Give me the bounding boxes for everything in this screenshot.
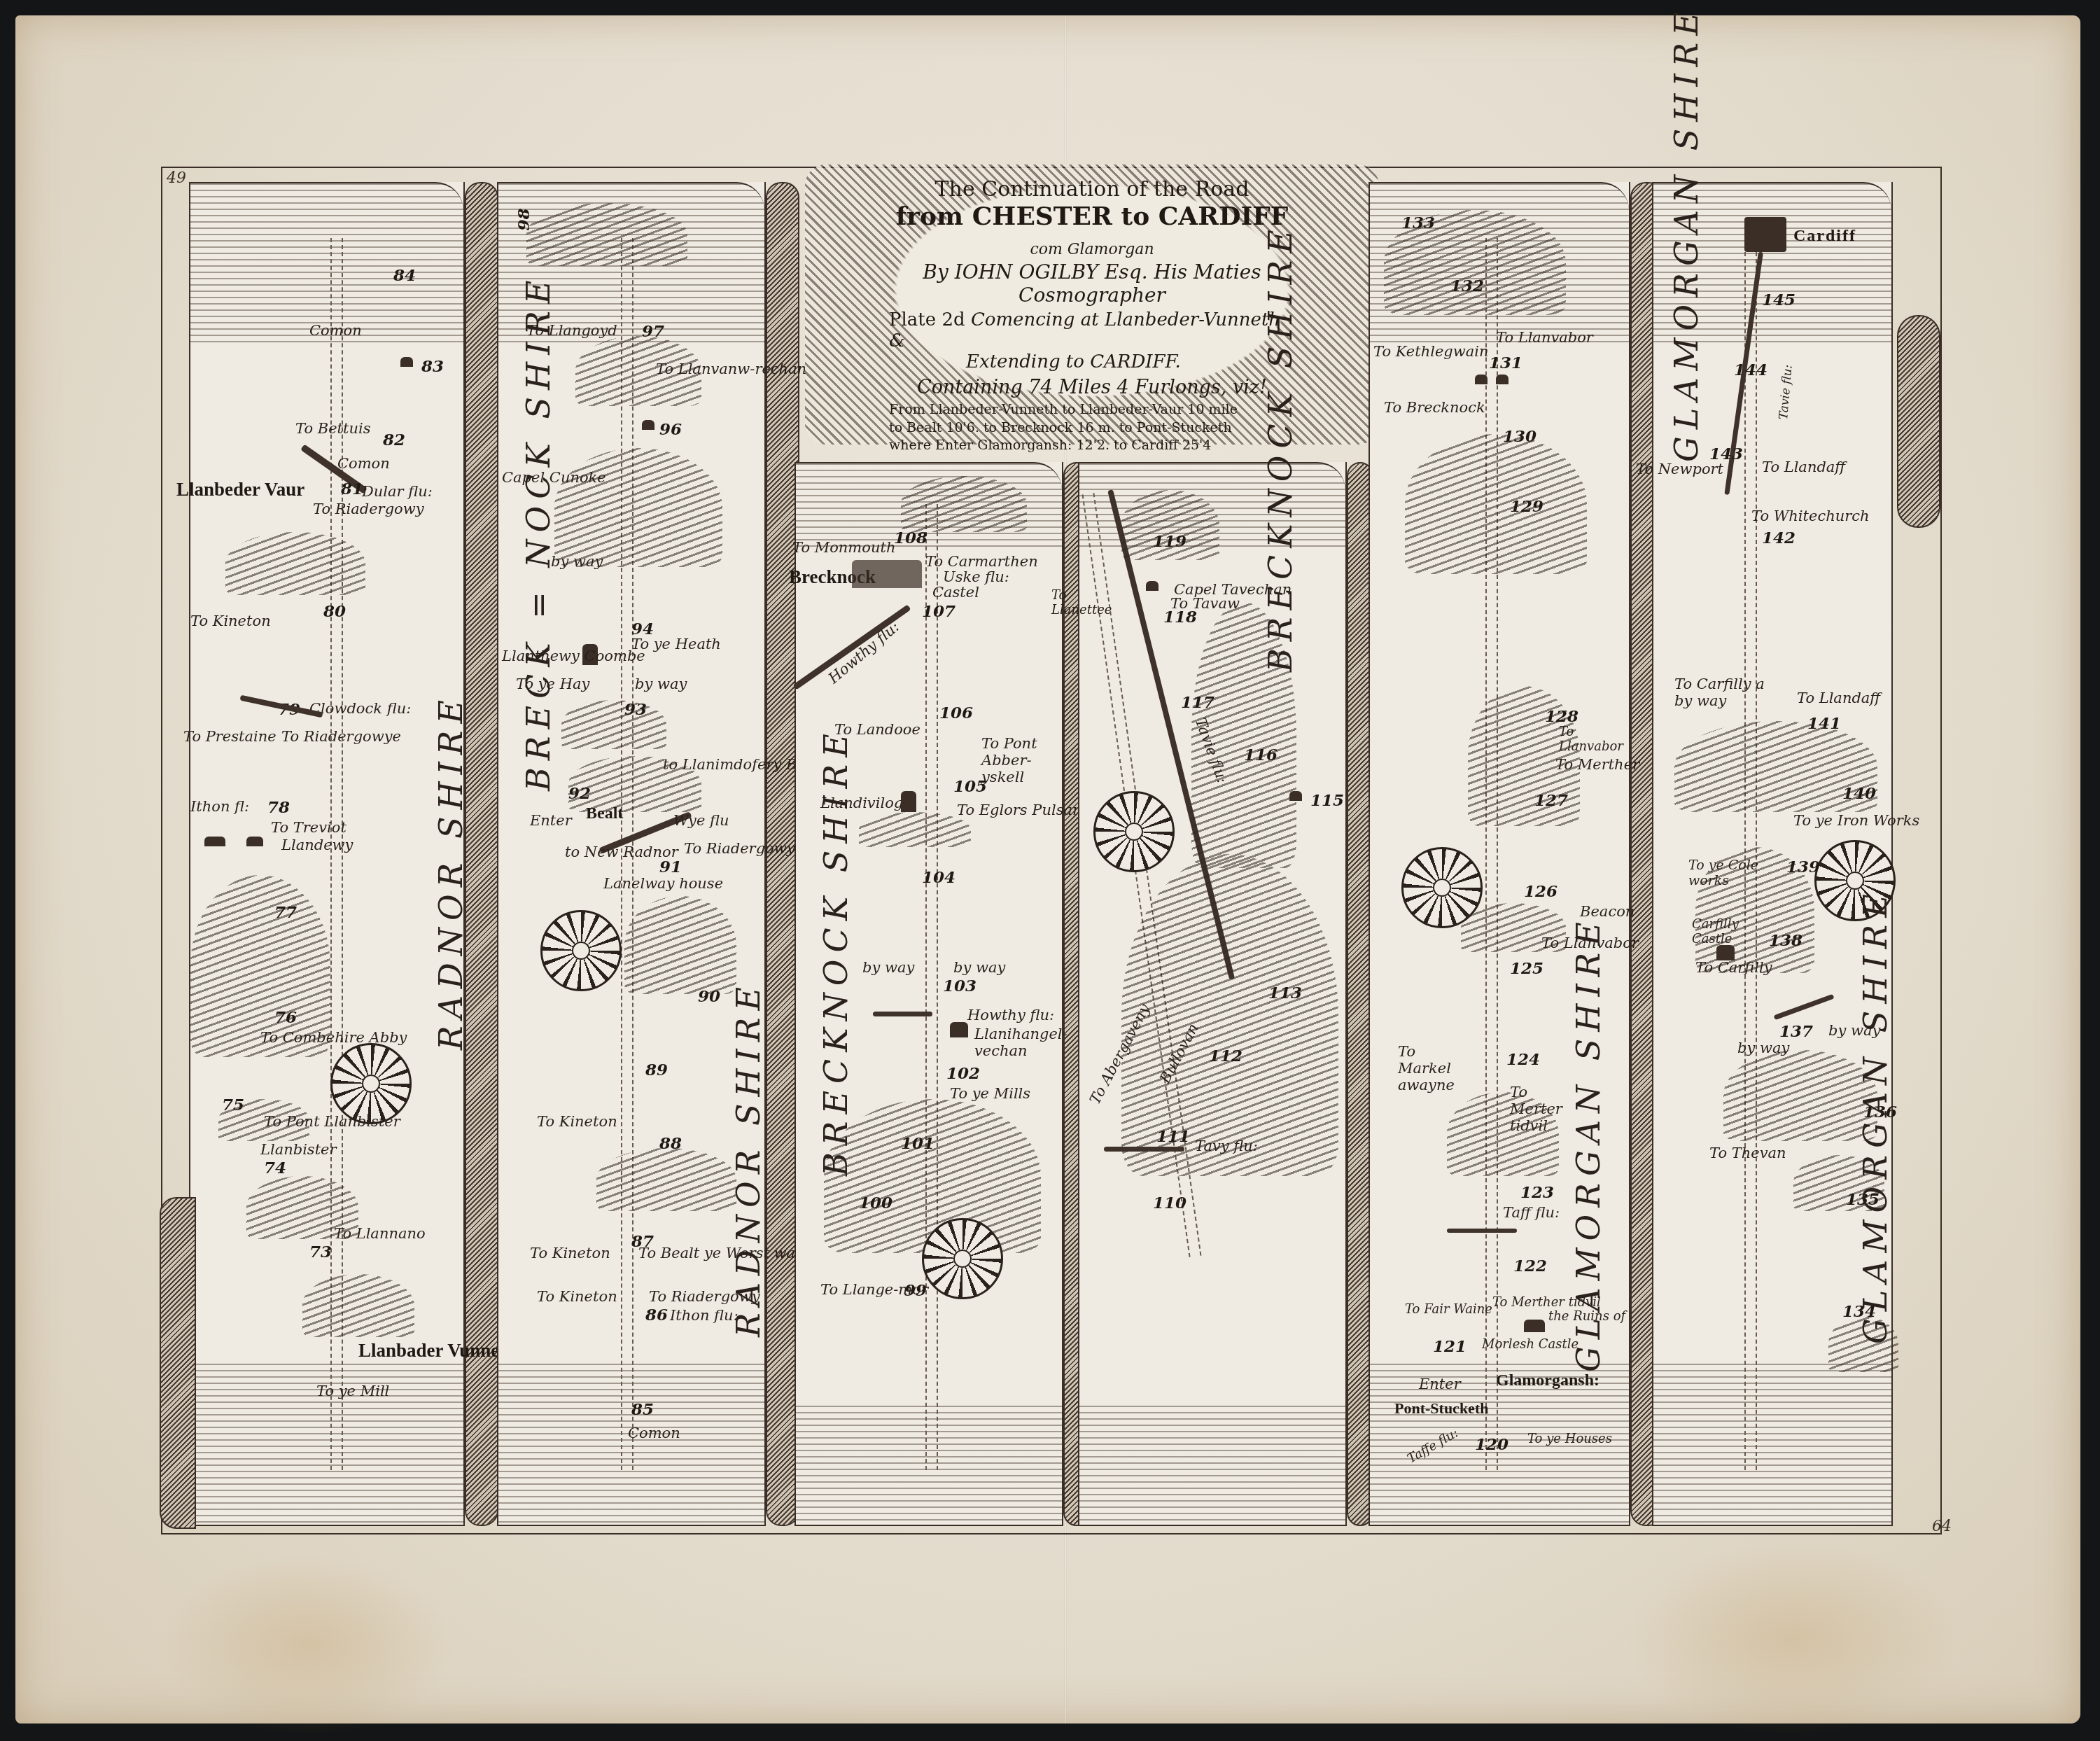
map-label: To Fair Waine	[1405, 1302, 1492, 1317]
containing-line: Containing 74 Miles 4 Furlongs, viz!	[889, 377, 1295, 398]
map-label: To Thevan	[1709, 1145, 1786, 1161]
mile-marker: 103	[943, 977, 976, 995]
mile-marker: 118	[1163, 608, 1197, 627]
town-label: Bealt	[586, 805, 623, 823]
county-label: RADNOR SHIRE	[729, 980, 767, 1337]
mile-marker: 105	[953, 777, 987, 796]
map-label: To Riadergowy	[649, 1288, 760, 1305]
mile-marker: 129	[1510, 497, 1543, 516]
mile-marker: 81	[341, 480, 363, 498]
hills-icon	[596, 1148, 736, 1211]
town-label: Pont-Stucketh	[1394, 1400, 1488, 1416]
plate-info: Plate 2d Comencing at Llanbeder-Vunneth …	[889, 309, 1295, 372]
map-label: To Monmouth	[792, 539, 895, 556]
mile-marker: 83	[421, 357, 444, 376]
mile-marker: 142	[1762, 529, 1795, 547]
author-line: By IOHN OGILBY Esq. His Maties Cosmograp…	[889, 260, 1295, 307]
map-label: To Llanettee	[1051, 588, 1100, 617]
river-icon	[1774, 994, 1835, 1020]
map-label: To Riadergowy	[684, 840, 795, 857]
mile-marker: 74	[264, 1159, 286, 1177]
map-label: by way	[551, 553, 603, 570]
mile-marker: 96	[659, 420, 682, 439]
road-line	[1485, 238, 1498, 1470]
compass-rose-icon	[540, 910, 622, 991]
map-label: To Whitechurch	[1751, 508, 1870, 524]
map-label: To Bettuis	[295, 420, 370, 437]
river-icon	[1447, 1229, 1517, 1233]
title-from: from CHESTER	[896, 202, 1112, 231]
compass-rose-icon	[1093, 791, 1175, 872]
map-label: Castel	[932, 584, 979, 601]
map-label: To Kineton	[190, 613, 271, 629]
hills-icon	[526, 203, 687, 266]
mile-marker: 124	[1506, 1050, 1540, 1069]
town-buildings-icon	[1744, 217, 1786, 252]
map-label: To Markel awayne	[1398, 1043, 1468, 1093]
hills-icon	[302, 1274, 414, 1337]
mile-marker: 73	[309, 1243, 332, 1261]
map-label: To Merther	[1555, 756, 1639, 773]
house-icon	[1146, 581, 1158, 591]
hills-icon	[859, 812, 971, 847]
map-label: Llanthewy Coombe	[502, 648, 645, 664]
river-icon	[1104, 1147, 1184, 1152]
map-label: To Merther tidvil	[1492, 1295, 1601, 1310]
stages-text: From Llanbeder-Vunneth to Llanbeder-Vaur…	[889, 401, 1295, 455]
mile-marker: 77	[274, 903, 297, 922]
map-label: To Combehire Abby	[260, 1029, 407, 1046]
title-line-2: from CHESTER to CARDIFF com Glamorgan	[889, 202, 1295, 260]
map-label: To ye Houses	[1527, 1432, 1612, 1446]
mile-marker: 144	[1734, 361, 1767, 379]
map-label: Uske flu:	[943, 568, 1009, 585]
mile-marker: 84	[393, 266, 416, 285]
map-label: To ye Mill	[316, 1383, 389, 1399]
hills-icon	[1121, 854, 1338, 1176]
map-label: by way	[862, 959, 914, 976]
road-strip-4: 119 To Llanettee Capel Tavechan To Tavaw…	[1078, 462, 1347, 1526]
map-label: To Eglors Pulsar	[957, 802, 1079, 818]
town-label: Llanbader Vunneth	[358, 1341, 516, 1360]
mile-marker: 115	[1310, 791, 1344, 810]
map-label: To Prestaine	[183, 728, 276, 745]
hills-icon	[225, 532, 365, 595]
road-strip-6: Cardiff 145 GLAMORGAN SHIRE Tavie flu: 1…	[1652, 182, 1893, 1526]
mile-marker: 112	[1209, 1047, 1242, 1065]
map-label: Enter	[530, 812, 572, 829]
hills-icon	[1447, 1092, 1559, 1176]
map-label: To Riadergowye	[281, 728, 401, 745]
map-label: To ye Iron Works	[1793, 812, 1919, 829]
hills-icon	[1723, 1050, 1877, 1141]
mile-marker: 132	[1450, 277, 1484, 295]
road-strip-2: 98 To Llangoyd 97 To Llanvanw-rechan 96 …	[497, 182, 766, 1526]
mile-marker: 122	[1513, 1257, 1547, 1275]
mile-marker: 92	[568, 784, 591, 803]
town-label: Cardiff	[1793, 228, 1856, 245]
map-label: To Kineton	[537, 1288, 617, 1305]
compass-rose-icon	[330, 1043, 412, 1124]
map-label: To Treviot	[271, 819, 346, 836]
road-strip-1: 84 Comon 83 To Bettuis 82 Comon Llanbede…	[189, 182, 465, 1526]
mile-marker: 127	[1534, 791, 1568, 810]
mile-marker: 137	[1779, 1022, 1813, 1041]
county-label: BRECKNOCK SHIRE	[1261, 223, 1299, 672]
mile-marker: 106	[939, 704, 973, 722]
county-label: BRECK = NOCK SHIRE	[519, 273, 557, 791]
map-label: To Llandaff	[1797, 690, 1880, 706]
stages-line-2: to Bealt 10'6. to Brecknock 16 m. to Pon…	[889, 419, 1295, 438]
mile-marker: 78	[267, 798, 290, 817]
house-icon	[400, 357, 413, 367]
hills-icon	[1405, 434, 1587, 574]
map-label: the Ruins of	[1548, 1309, 1625, 1324]
map-label: To Newport	[1636, 461, 1723, 477]
mile-marker: 86	[645, 1306, 668, 1324]
mile-marker: 100	[859, 1194, 892, 1212]
map-label: Comon	[309, 322, 362, 339]
map-label: Morlesh Castle	[1482, 1337, 1578, 1352]
map-label: by way	[953, 959, 1005, 976]
scroll-top-hatching	[190, 182, 463, 344]
mile-marker: 116	[1244, 746, 1277, 764]
mile-marker: 102	[946, 1064, 980, 1083]
mile-marker: 131	[1489, 354, 1522, 372]
county-label: GLAMORGAN SHIRE	[1667, 5, 1705, 462]
map-label: Wye flu	[673, 812, 729, 829]
mile-marker: 121	[1433, 1337, 1466, 1356]
map-label: Comon	[628, 1425, 680, 1441]
map-label: To Riadergowy	[313, 501, 424, 517]
castle-icon	[1716, 945, 1735, 960]
mile-marker: 133	[1401, 214, 1435, 232]
map-label: To Llanvanw-rechan	[656, 361, 806, 377]
hills-icon	[901, 476, 1027, 532]
extending-line: Extending to CARDIFF.	[966, 351, 1181, 372]
mile-marker: 119	[1153, 532, 1186, 551]
castle-ruin-icon	[1524, 1320, 1545, 1332]
mile-marker: 107	[922, 602, 955, 621]
map-label: Ithon fl:	[190, 798, 249, 815]
map-label: To Brecknock	[1384, 399, 1485, 416]
map-label: Howthy flu:	[967, 1007, 1054, 1023]
map-label: To Llandaff	[1762, 459, 1845, 475]
map-label: Llandewy	[281, 837, 353, 853]
map-label: To Carfilly a by way	[1674, 676, 1765, 709]
water-stain	[161, 1554, 455, 1736]
map-label: To Llanvabor	[1559, 725, 1615, 754]
mile-marker: 91	[659, 858, 682, 876]
church-icon	[901, 791, 916, 812]
mile-marker: 85	[631, 1400, 654, 1419]
mile-marker: 138	[1769, 931, 1802, 950]
map-label: Tavy flu:	[1195, 1138, 1258, 1154]
river-icon	[793, 604, 911, 690]
scroll-curl-left	[160, 1197, 196, 1529]
house-icon	[1475, 375, 1487, 384]
mile-marker: 111	[1156, 1127, 1190, 1146]
mile-marker: 104	[922, 868, 955, 887]
mile-marker: 89	[645, 1061, 668, 1079]
map-label: Clowdock flu:	[309, 700, 411, 717]
water-stain	[1624, 1540, 1960, 1736]
map-label: Comon	[337, 455, 390, 472]
mile-marker: 98	[514, 208, 533, 230]
mile-marker: 126	[1524, 882, 1557, 901]
page-number-right: 64	[1932, 1518, 1952, 1535]
church-icon	[204, 837, 225, 846]
mile-marker: 123	[1520, 1183, 1554, 1202]
map-label: To Bealt ye Worst way	[638, 1245, 804, 1261]
mile-marker: 90	[698, 987, 720, 1006]
cartouche-text: The Continuation of the Road from CHESTE…	[889, 177, 1295, 455]
stages-line-3: where Enter Glamorgansh: 12'2. to Cardif…	[889, 437, 1295, 455]
map-label: Ithon flu:	[670, 1307, 738, 1324]
house-icon	[1496, 375, 1508, 384]
town-label: Llanbeder Vaur	[176, 480, 304, 499]
compass-rose-icon	[922, 1218, 1003, 1299]
county-label: GLAMORGAN SHIRE	[1856, 887, 1894, 1344]
map-label: To ye Cole works	[1688, 858, 1765, 888]
scroll-bottom-hatching	[1653, 1364, 1891, 1526]
title-line-1: The Continuation of the Road	[889, 177, 1295, 202]
county-label: BRECKNOCK SHIRE	[817, 727, 855, 1176]
road-strip-5: 133 132 To Llanvabor To Kethlegwain 131 …	[1368, 182, 1630, 1526]
mile-marker: 128	[1545, 707, 1578, 726]
map-label: Carfilly Castle	[1692, 917, 1755, 946]
town-label: Glamorgansh:	[1496, 1372, 1599, 1390]
mile-marker: 101	[901, 1134, 934, 1153]
hills-icon	[624, 896, 736, 994]
scroll-curl-right	[1897, 315, 1940, 528]
map-label: by way	[635, 676, 687, 692]
map-label: Llanihangel-vechan	[974, 1026, 1044, 1059]
map-label: To ye Hay	[516, 676, 589, 692]
map-label: Enter	[1419, 1376, 1461, 1392]
map-label: To Llanvabor	[1496, 329, 1593, 346]
mile-marker: 99	[904, 1281, 927, 1300]
mile-marker: 120	[1475, 1435, 1508, 1454]
mile-marker: 140	[1842, 784, 1876, 803]
map-label: Taff flu:	[1503, 1204, 1560, 1221]
map-label: To Pont Llanbister	[264, 1113, 400, 1130]
map-label: Llanbister	[260, 1141, 337, 1158]
mile-marker: 145	[1762, 291, 1795, 309]
church-icon	[246, 837, 263, 846]
map-label: Lanelway house	[603, 875, 723, 892]
map-label: Dular flu:	[362, 483, 433, 500]
scroll-curl	[465, 182, 498, 1526]
mile-marker: 139	[1786, 858, 1820, 876]
map-label: To Carfilly	[1695, 959, 1772, 976]
page-number-left: 49	[167, 169, 186, 187]
map-label: To Pont Abber-yskell	[981, 735, 1044, 785]
plate-label: Plate 2d	[889, 309, 965, 330]
mile-marker: 110	[1153, 1194, 1186, 1212]
map-label: To Kineton	[537, 1113, 617, 1130]
road-strip-3: 108 To Monmouth Brecknock To Carmarthen …	[794, 462, 1063, 1526]
scroll-bottom-hatching	[1079, 1406, 1345, 1526]
map-label: To Kethlegwain	[1373, 343, 1489, 360]
map-label: To Llannano	[334, 1225, 426, 1242]
mile-marker: 108	[894, 529, 927, 547]
mile-marker: 93	[624, 700, 647, 719]
mile-marker: 82	[383, 431, 405, 449]
map-label: To ye Mills	[950, 1085, 1030, 1102]
mile-marker: 117	[1181, 693, 1214, 712]
house-icon	[1289, 791, 1302, 801]
map-label: To Carmarthen	[925, 553, 1038, 570]
town-buildings-icon	[852, 560, 922, 588]
map-label: Howthy flu:	[825, 618, 902, 687]
road-line	[925, 504, 938, 1470]
house-icon	[642, 420, 654, 430]
county-label: RADNOR SHIRE	[432, 693, 470, 1050]
hills-icon	[1828, 1316, 1898, 1372]
hills-icon	[561, 700, 666, 749]
mile-marker: 113	[1268, 984, 1302, 1002]
stages-line-1: From Llanbeder-Vunneth to Llanbeder-Vaur…	[889, 401, 1295, 419]
church-icon	[950, 1022, 968, 1037]
mile-marker: 76	[274, 1008, 297, 1027]
mile-marker: 80	[323, 602, 346, 621]
map-label: To Kineton	[530, 1245, 610, 1261]
title-suffix: com Glamorgan	[1030, 241, 1154, 258]
mile-marker: 125	[1510, 959, 1543, 978]
hills-icon	[554, 448, 722, 567]
river-icon	[873, 1012, 932, 1016]
map-label: Tavie flu:	[1777, 364, 1795, 420]
